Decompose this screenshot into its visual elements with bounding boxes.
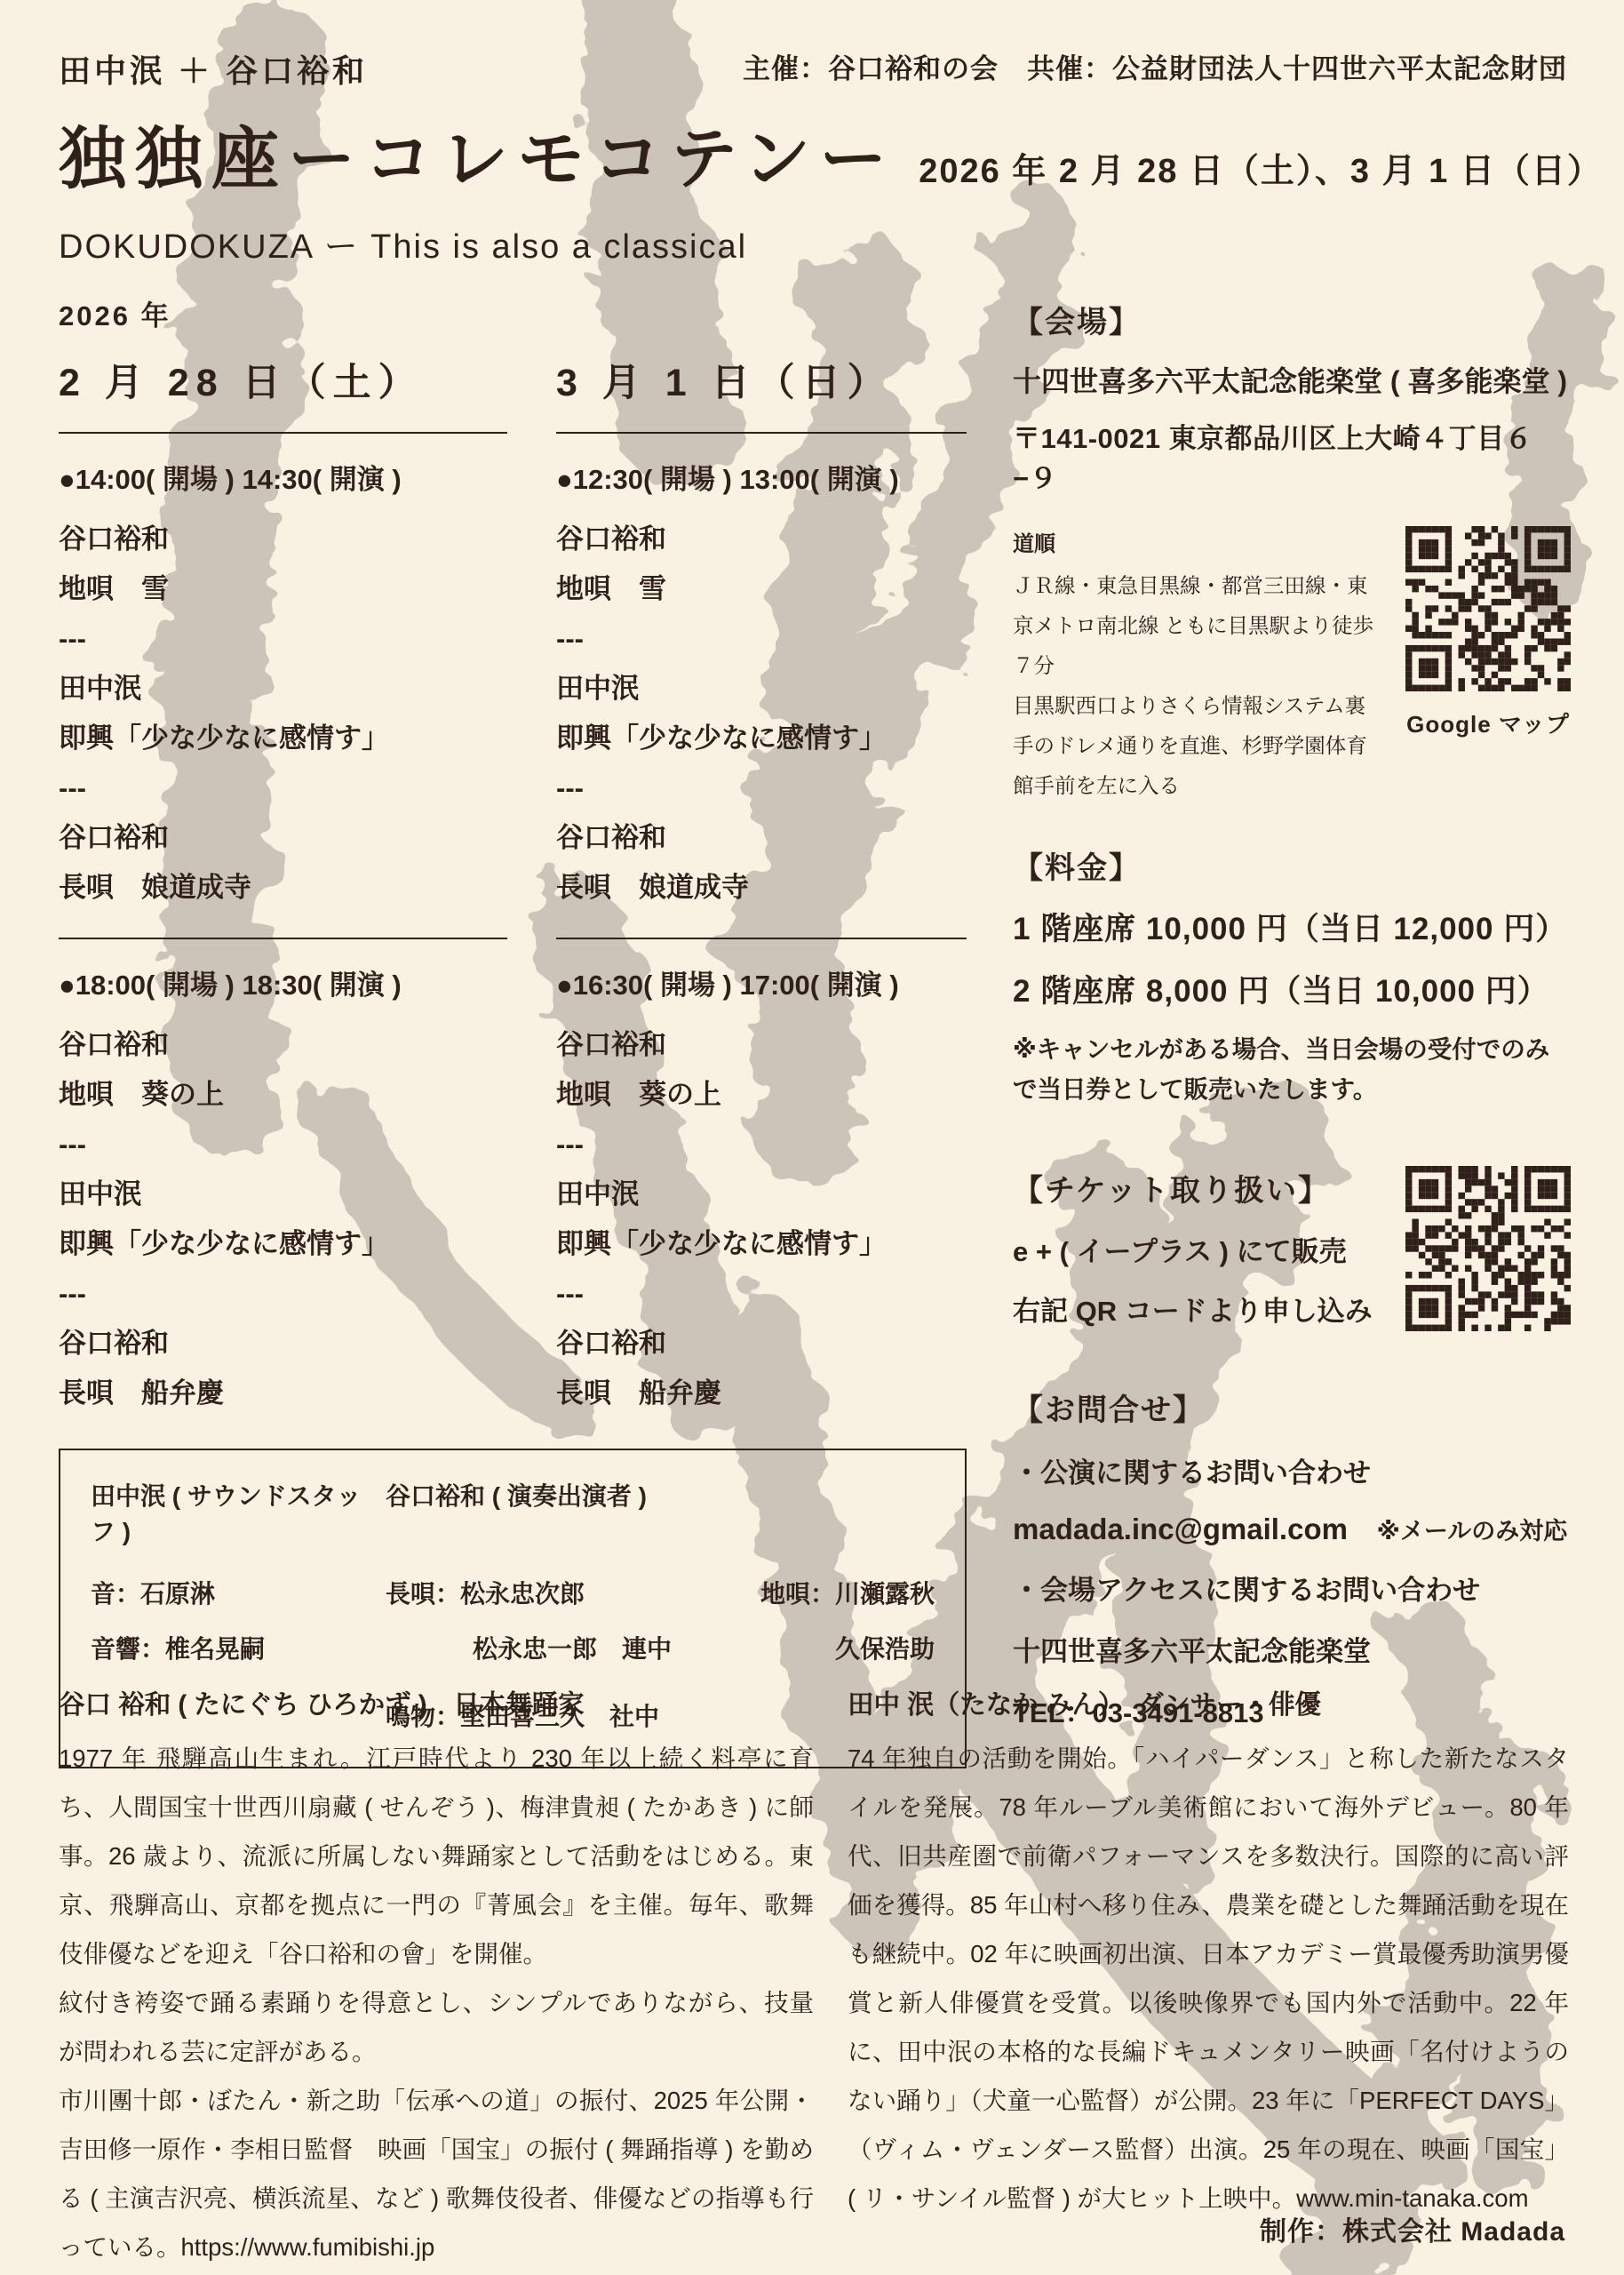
- map-qr-code: [1405, 526, 1571, 696]
- list-item: 即興「少な少なに感情す」: [59, 1219, 507, 1269]
- fees-heading: 【料金】: [1013, 843, 1571, 887]
- map-qr-caption: Google マップ: [1405, 706, 1571, 739]
- header: 田中泯 ＋ 谷口裕和 主催：谷口裕和の会 共催：公益財団法人十四世六平太記念財団: [59, 46, 1567, 92]
- route-row: 道順 ＪＲ線・東急目黒線・都営三田線・東京メトロ南北線 ともに目黒駅より徒歩７分…: [1013, 526, 1571, 806]
- list-item: 長唄 娘道成寺: [59, 863, 507, 913]
- list-item: 谷口裕和: [556, 1319, 967, 1369]
- staff-left-header: 田中泯 ( サウンドスタッフ ): [91, 1477, 386, 1555]
- list-item: 田中泯: [59, 1169, 507, 1219]
- contact-heading: 【お問合せ】: [1013, 1385, 1571, 1429]
- schedule-day-1: 2 月 28 日（土） ●14:00( 開場 ) 14:30( 開演 ) 谷口裕…: [59, 353, 507, 1418]
- event-title: 独独座ーコレモコテンー: [59, 105, 896, 202]
- info-column: 【会場】 十四世喜多六平太記念能楽堂 ( 喜多能楽堂 ) 〒141-0021 東…: [1013, 298, 1571, 1730]
- list-item: 即興「少な少なに感情す」: [59, 714, 507, 763]
- schedule-year: 2026 年: [59, 293, 967, 333]
- title-row: 独独座ーコレモコテンー 2026 年 2 月 28 日（土）、3 月 1 日（日…: [59, 105, 1567, 202]
- bio-taniguchi-body: 1977 年 飛騨高山生まれ。江戸時代より 230 年以上続く料亭に育ち、人間国…: [59, 1734, 814, 2271]
- session-time: ●18:00( 開場 ) 18:30( 開演 ): [59, 962, 507, 1002]
- list-item: 地唄 雪: [59, 564, 507, 614]
- list-item: 田中泯: [556, 664, 967, 714]
- schedule-day-grid: 2 月 28 日（土） ●14:00( 開場 ) 14:30( 開演 ) 谷口裕…: [59, 353, 967, 1418]
- organizer-line: 主催：谷口裕和の会 共催：公益財団法人十四世六平太記念財団: [743, 46, 1567, 86]
- tickets-line-1: e + ( イープラス ) にて販売: [1013, 1229, 1381, 1269]
- venue-heading: 【会場】: [1013, 298, 1571, 341]
- day-1-session-1: ●14:00( 開場 ) 14:30( 開演 ) 谷口裕和地唄 雪---田中泯即…: [59, 457, 507, 913]
- list-item: 谷口裕和: [556, 813, 967, 863]
- session-program: 谷口裕和地唄 雪---田中泯即興「少な少なに感情す」---谷口裕和長唄 娘道成寺: [556, 515, 967, 913]
- day-2-session-2: ●16:30( 開場 ) 17:00( 開演 ) 谷口裕和地唄 葵の上---田中…: [556, 962, 967, 1418]
- contact-section: 【お問合せ】 ・公演に関するお問い合わせ madada.inc@gmail.co…: [1013, 1385, 1571, 1730]
- list-item: 地唄 雪: [556, 564, 967, 614]
- list-item: ---: [59, 1120, 507, 1169]
- ticket-qr-block: [1405, 1166, 1571, 1336]
- list-item: ---: [556, 1120, 967, 1169]
- contact-venue: 十四世喜多六平太記念能楽堂: [1013, 1629, 1571, 1669]
- list-item: ---: [59, 763, 507, 813]
- venue-name: 十四世喜多六平太記念能楽堂 ( 喜多能楽堂 ): [1013, 359, 1571, 400]
- route-directions: 道順 ＪＲ線・東急目黒線・都営三田線・東京メトロ南北線 ともに目黒駅より徒歩７分…: [1013, 526, 1381, 806]
- bio-tanaka: 田中 泯（たなか みん） ダンサー・俳優 74 年独自の活動を開始。「ハイパーダ…: [848, 1684, 1569, 2271]
- route-label: 道順: [1013, 526, 1381, 557]
- tickets-line-2: 右記 QR コードより申し込み: [1013, 1289, 1381, 1329]
- session-time: ●16:30( 開場 ) 17:00( 開演 ): [556, 962, 967, 1002]
- bio-taniguchi: 谷口 裕和 ( たにぐち ひろかず ) 日本舞踊家 1977 年 飛騨高山生まれ…: [59, 1684, 814, 2271]
- list-item: ---: [59, 614, 507, 664]
- schedule-day-2: 3 月 1 日（日） ●12:30( 開場 ) 13:00( 開演 ) 谷口裕和…: [556, 353, 967, 1418]
- day-2-date: 3 月 1 日（日）: [556, 353, 967, 407]
- list-item: 長唄 船弁慶: [59, 1369, 507, 1418]
- list-item: ---: [556, 1269, 967, 1319]
- staff-acoustics: 音響：椎名晃嗣: [91, 1630, 386, 1665]
- staff-nagauta-1: 長唄：松永忠次郎: [386, 1575, 684, 1610]
- production-credit: 制作：株式会社 Madada: [1260, 2209, 1565, 2248]
- list-item: 田中泯: [59, 664, 507, 714]
- divider: [556, 432, 967, 434]
- list-item: 谷口裕和: [59, 1020, 507, 1070]
- contact-bullet-2: ・会場アクセスに関するお問い合わせ: [1013, 1568, 1571, 1608]
- event-subtitle: DOKUDOKUZA ー This is also a classical: [59, 219, 747, 267]
- contact-email-note: ※メールのみ対応: [1377, 1518, 1568, 1545]
- contact-email-line: madada.inc@gmail.com ※メールのみ対応: [1013, 1512, 1571, 1546]
- day-1-date: 2 月 28 日（土）: [59, 353, 507, 407]
- list-item: 田中泯: [556, 1169, 967, 1219]
- divider: [59, 938, 507, 939]
- list-item: ---: [556, 763, 967, 813]
- session-time: ●14:00( 開場 ) 14:30( 開演 ): [59, 457, 507, 497]
- list-item: ---: [556, 614, 967, 664]
- list-item: 1 階座席 10,000 円（当日 12,000 円）: [1013, 905, 1571, 949]
- list-item: 谷口裕和: [59, 515, 507, 564]
- route-text: ＪＲ線・東急目黒線・都営三田線・東京メトロ南北線 ともに目黒駅より徒歩７分 目黒…: [1013, 566, 1381, 806]
- list-item: 長唄 船弁慶: [556, 1369, 967, 1418]
- ticket-row: 【チケット取り扱い】 e + ( イープラス ) にて販売 右記 QR コードよ…: [1013, 1166, 1571, 1336]
- list-item: 長唄 娘道成寺: [556, 863, 967, 913]
- staff-jiuta-2: 久保浩助: [684, 1630, 935, 1665]
- list-item: 地唄 葵の上: [59, 1070, 507, 1120]
- list-item: 即興「少な少なに感情す」: [556, 714, 967, 763]
- schedule-section: 2026 年 2 月 28 日（土） ●14:00( 開場 ) 14:30( 開…: [59, 293, 967, 1768]
- staff-nagauta-2: 松永忠一郎 連中: [386, 1630, 684, 1665]
- fees-note: ※キャンセルがある場合、当日会場の受付でのみで当日券として販売いたします。: [1013, 1029, 1571, 1109]
- session-time: ●12:30( 開場 ) 13:00( 開演 ): [556, 457, 967, 497]
- event-dates: 2026 年 2 月 28 日（土）、3 月 1 日（日）: [919, 143, 1603, 192]
- session-program: 谷口裕和地唄 雪---田中泯即興「少な少なに感情す」---谷口裕和長唄 娘道成寺: [59, 515, 507, 913]
- map-qr-block: Google マップ: [1405, 526, 1571, 806]
- list-item: 地唄 葵の上: [556, 1070, 967, 1120]
- performers-line: 田中泯 ＋ 谷口裕和: [59, 46, 368, 92]
- contact-email: madada.inc@gmail.com: [1013, 1513, 1348, 1545]
- bio-taniguchi-heading: 谷口 裕和 ( たにぐち ひろかず ) 日本舞踊家: [59, 1684, 814, 1721]
- bios-section: 谷口 裕和 ( たにぐち ひろかず ) 日本舞踊家 1977 年 飛騨高山生まれ…: [59, 1684, 1569, 2271]
- list-item: 谷口裕和: [556, 515, 967, 564]
- bio-tanaka-heading: 田中 泯（たなか みん） ダンサー・俳優: [848, 1684, 1569, 1721]
- staff-right-header: 谷口裕和 ( 演奏出演者 ): [386, 1477, 684, 1555]
- fee-rows: 1 階座席 10,000 円（当日 12,000 円）2 階座席 8,000 円…: [1013, 905, 1571, 1011]
- list-item: 即興「少な少なに感情す」: [556, 1219, 967, 1269]
- list-item: 谷口裕和: [556, 1020, 967, 1070]
- tickets-heading: 【チケット取り扱い】: [1013, 1166, 1381, 1209]
- contact-bullet-1: ・公演に関するお問い合わせ: [1013, 1450, 1571, 1490]
- venue-address: 〒141-0021 東京都品川区上大崎４丁目６−９: [1013, 416, 1571, 496]
- session-program: 谷口裕和地唄 葵の上---田中泯即興「少な少なに感情す」---谷口裕和長唄 船弁…: [59, 1020, 507, 1418]
- divider: [59, 432, 507, 434]
- ticket-qr-code: [1405, 1166, 1571, 1336]
- event-poster: 田中泯 ＋ 谷口裕和 主催：谷口裕和の会 共催：公益財団法人十四世六平太記念財団…: [0, 0, 1624, 2275]
- list-item: 谷口裕和: [59, 813, 507, 863]
- day-1-session-2: ●18:00( 開場 ) 18:30( 開演 ) 谷口裕和地唄 葵の上---田中…: [59, 962, 507, 1418]
- list-item: ---: [59, 1269, 507, 1319]
- session-program: 谷口裕和地唄 葵の上---田中泯即興「少な少なに感情す」---谷口裕和長唄 船弁…: [556, 1020, 967, 1418]
- staff-jiuta-1: 地唄：川瀬露秋: [684, 1575, 935, 1610]
- divider: [556, 938, 967, 939]
- bio-tanaka-body: 74 年独自の活動を開始。「ハイパーダンス」と称した新たなスタイルを発展。78 …: [848, 1734, 1569, 2223]
- ticket-info: 【チケット取り扱い】 e + ( イープラス ) にて販売 右記 QR コードよ…: [1013, 1166, 1381, 1336]
- list-item: 谷口裕和: [59, 1319, 507, 1369]
- day-2-session-1: ●12:30( 開場 ) 13:00( 開演 ) 谷口裕和地唄 雪---田中泯即…: [556, 457, 967, 913]
- list-item: 2 階座席 8,000 円（当日 10,000 円）: [1013, 967, 1571, 1011]
- staff-sound: 音：石原淋: [91, 1575, 386, 1610]
